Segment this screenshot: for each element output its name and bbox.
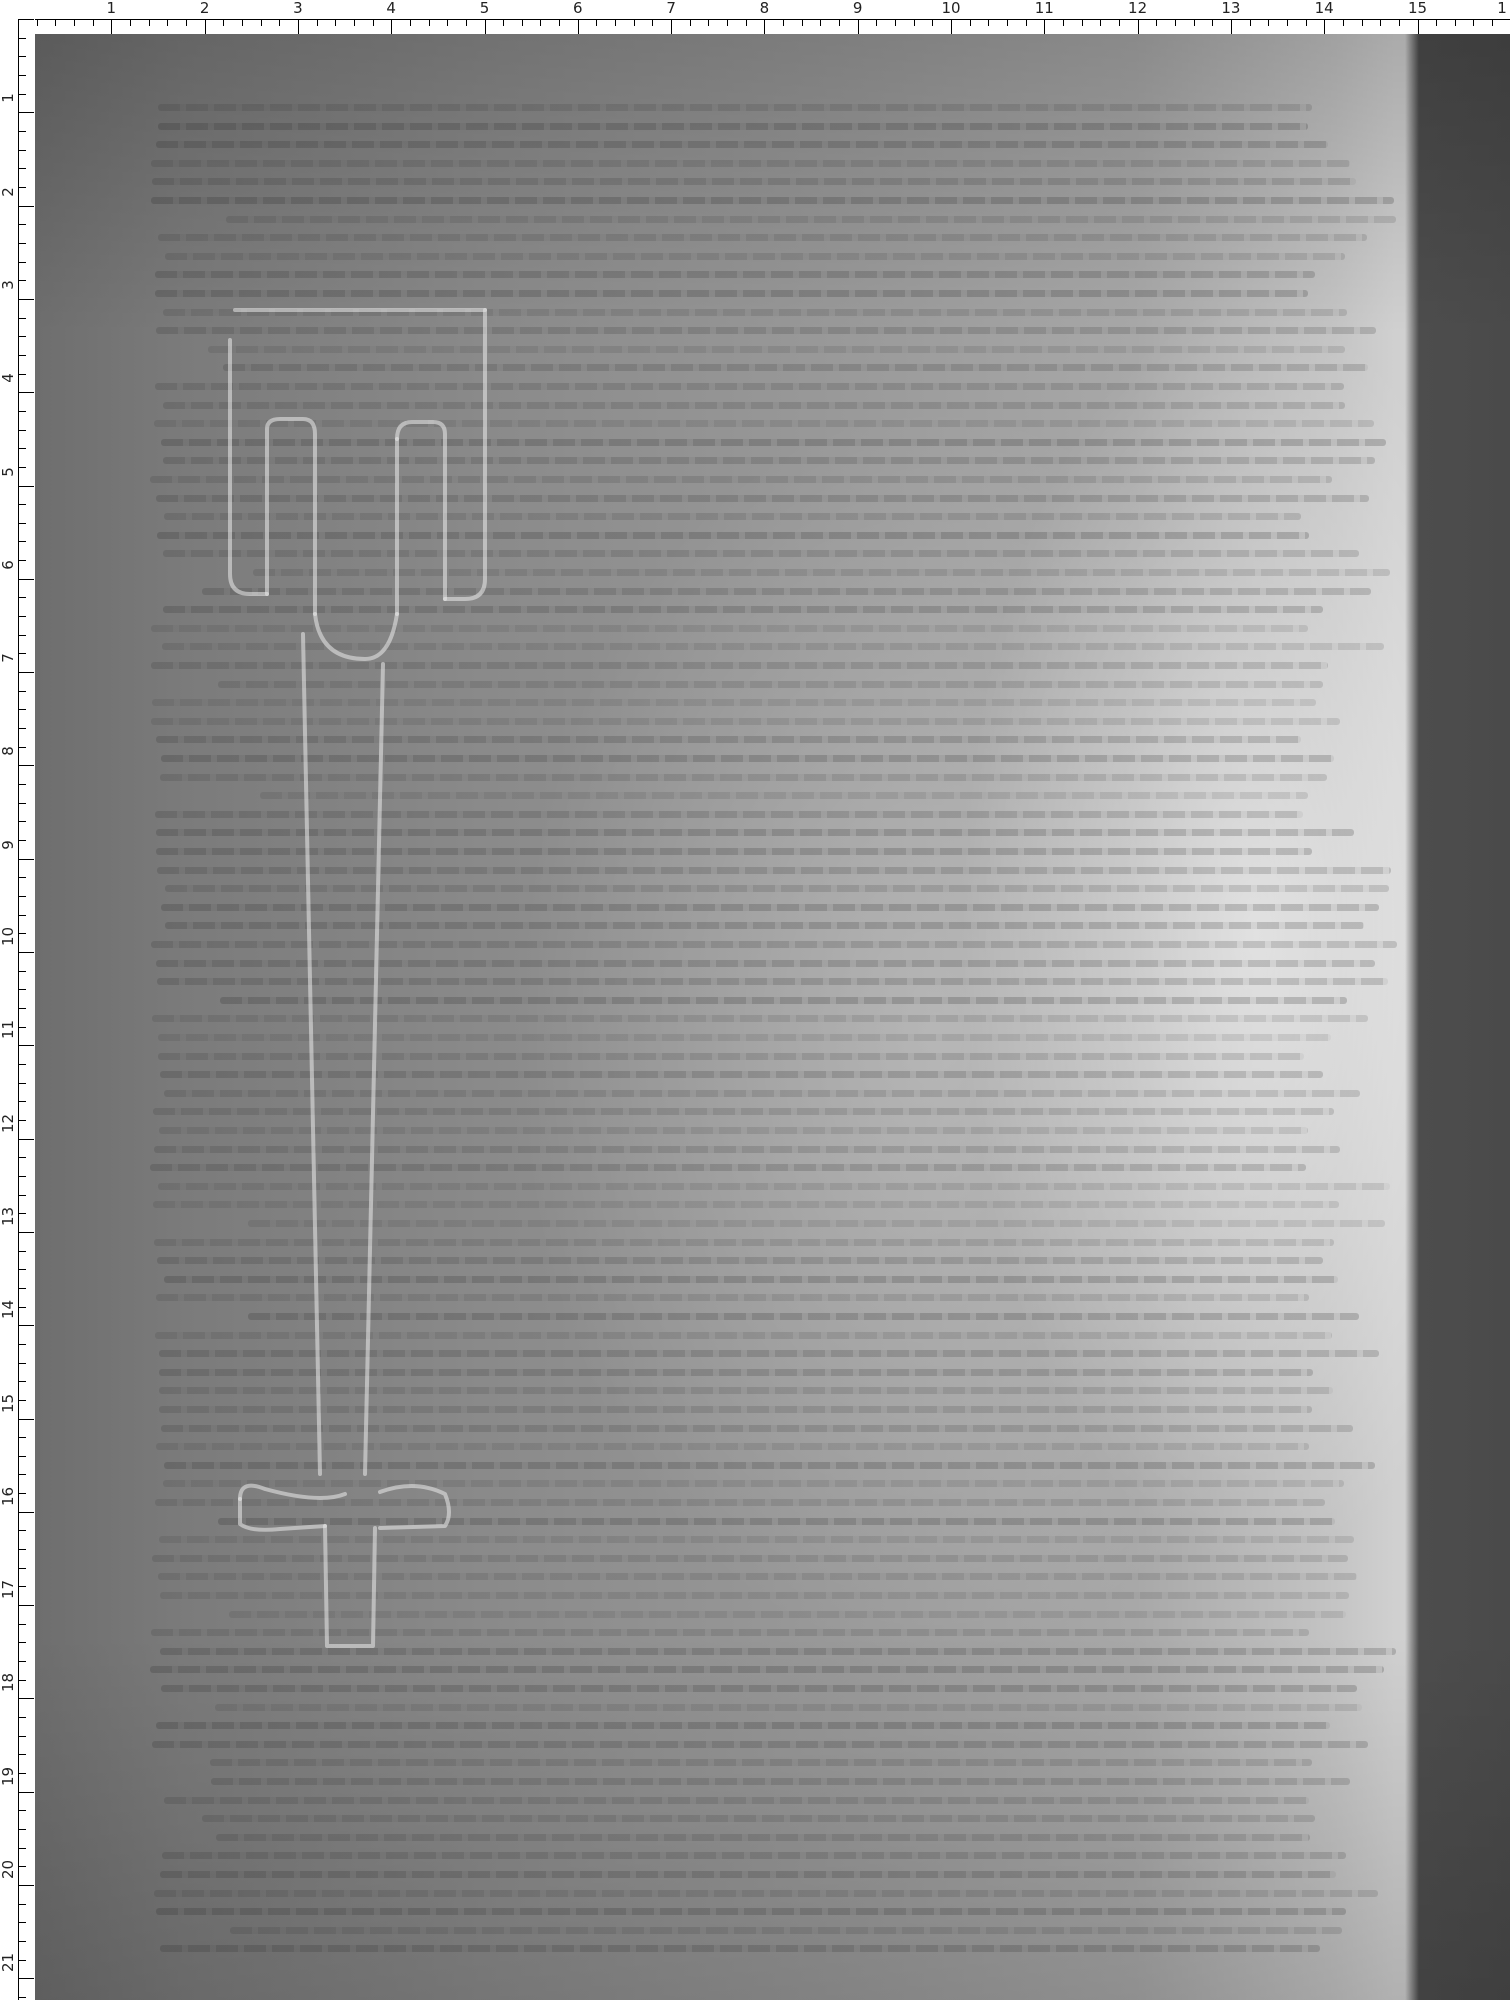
ruler-tick xyxy=(858,19,859,34)
ruler-tick xyxy=(18,672,34,673)
ruler-tick xyxy=(205,19,206,34)
ruler-tick xyxy=(18,840,26,841)
ruler-tick xyxy=(93,19,94,26)
ruler-tick xyxy=(18,1157,26,1158)
ruler-tick xyxy=(18,1419,34,1420)
ruler-tick xyxy=(18,597,26,598)
ruler-tick xyxy=(18,1773,26,1774)
ruler-tick xyxy=(690,19,691,26)
ruler-tick xyxy=(1306,19,1307,26)
ruler-tick xyxy=(18,1512,34,1513)
ruler-tick xyxy=(634,19,635,26)
ruler-label: 15 xyxy=(1408,0,1427,16)
ruler-tick xyxy=(652,19,653,26)
ruler-tick xyxy=(18,448,26,449)
ruler-tick xyxy=(18,635,26,636)
ruler-tick xyxy=(223,19,224,26)
ruler-tick xyxy=(111,19,112,34)
ruler-tick xyxy=(18,262,26,263)
ruler-label: 9 xyxy=(0,837,16,853)
ruler-tick xyxy=(559,19,560,26)
ruler-tick xyxy=(391,19,392,34)
ruler-tick xyxy=(18,1754,26,1755)
ruler-tick xyxy=(1007,19,1008,26)
ruler-tick xyxy=(18,1008,26,1009)
ruler-tick xyxy=(37,19,38,26)
ruler-tick xyxy=(18,243,26,244)
ruler-tick xyxy=(727,19,728,26)
ruler-tick xyxy=(18,1530,26,1531)
ruler-tick xyxy=(18,1083,26,1084)
ruler-label: 4 xyxy=(386,0,396,16)
ruler-tick xyxy=(18,1624,26,1625)
ruler-tick xyxy=(1250,19,1251,26)
ruler-tick xyxy=(18,1269,26,1270)
ruler-tick xyxy=(988,19,989,26)
ruler-tick xyxy=(18,19,34,20)
ruler-tick xyxy=(18,653,26,654)
ruler-tick xyxy=(18,1642,26,1643)
ruler-tick xyxy=(18,1549,26,1550)
horizontal-ruler: 01234567891011121314151 xyxy=(0,0,1510,34)
ruler-tick xyxy=(615,19,616,26)
ruler-label: 3 xyxy=(293,0,303,16)
ruler-tick xyxy=(18,560,26,561)
ruler-tick xyxy=(18,971,26,972)
ruler-tick xyxy=(1436,19,1437,26)
ruler-tick xyxy=(18,1960,26,1961)
ruler-tick xyxy=(1380,19,1381,26)
ruler-tick xyxy=(18,1064,26,1065)
ruler-tick xyxy=(18,1381,26,1382)
ruler-tick xyxy=(18,933,26,934)
ruler-tick xyxy=(18,150,26,151)
ruler-tick xyxy=(18,75,26,76)
ruler-tick xyxy=(18,1363,26,1364)
ruler-tick xyxy=(298,19,299,34)
ruler-tick xyxy=(1418,19,1419,34)
ruler-tick xyxy=(18,1213,26,1214)
ruler-label: 14 xyxy=(0,1303,16,1319)
ruler-tick xyxy=(18,94,26,95)
ruler-tick xyxy=(18,280,26,281)
ruler-tick xyxy=(1156,19,1157,26)
ruler-tick xyxy=(746,19,747,26)
ruler-tick xyxy=(18,1792,34,1793)
ruler-tick xyxy=(18,1661,26,1662)
ruler-tick xyxy=(1212,19,1213,26)
ruler-tick xyxy=(783,19,784,26)
ruler-label: 18 xyxy=(0,1676,16,1692)
ruler-tick xyxy=(18,392,34,393)
ruler-label: 21 xyxy=(0,1956,16,1972)
ruler-tick xyxy=(1044,19,1045,34)
ruler-tick xyxy=(18,1474,26,1475)
ruler-tick xyxy=(1268,19,1269,26)
ruler-tick xyxy=(18,56,26,57)
ruler-tick xyxy=(914,19,915,26)
ruler-tick xyxy=(18,1045,34,1046)
ruler-label: 2 xyxy=(200,0,210,16)
ruler-tick xyxy=(18,374,26,375)
ruler-tick xyxy=(186,19,187,26)
ruler-tick xyxy=(18,1736,26,1737)
ruler-tick xyxy=(18,1437,26,1438)
ruler-tick xyxy=(18,1288,26,1289)
ruler-tick xyxy=(18,168,26,169)
ruler-tick xyxy=(18,467,26,468)
ruler-tick xyxy=(18,504,26,505)
ruler-label: 13 xyxy=(0,1210,16,1226)
ruler-tick xyxy=(18,1251,26,1252)
ruler-label: 12 xyxy=(1128,0,1147,16)
ruler-tick xyxy=(485,19,486,34)
ruler-tick xyxy=(540,19,541,26)
ruler-tick xyxy=(18,1680,26,1681)
ruler-tick xyxy=(18,1586,26,1587)
ruler-left-baseline xyxy=(18,19,19,2000)
ruler-tick xyxy=(335,19,336,26)
ruler-tick xyxy=(18,1456,26,1457)
backing-shadow-band xyxy=(1405,34,1510,2000)
ruler-tick xyxy=(354,19,355,26)
ruler-tick xyxy=(18,1848,26,1849)
ruler-label: 5 xyxy=(480,0,490,16)
ruler-tick xyxy=(18,187,26,188)
ruler-tick xyxy=(1287,19,1288,26)
ruler-tick xyxy=(18,1810,26,1811)
ruler-tick xyxy=(1473,19,1474,26)
ruler-tick xyxy=(18,1344,26,1345)
ruler-tick xyxy=(18,299,34,300)
ruler-label: 6 xyxy=(0,557,16,573)
ruler-tick xyxy=(596,19,597,26)
ruler-label: 20 xyxy=(0,1863,16,1879)
ruler-tick xyxy=(764,19,765,34)
ruler-tick xyxy=(18,821,26,822)
ruler-tick xyxy=(18,709,26,710)
ruler-label: 8 xyxy=(760,0,770,16)
ruler-tick xyxy=(429,19,430,26)
ruler-tick xyxy=(18,784,26,785)
ruler-tick xyxy=(18,1997,26,1998)
ruler-tick xyxy=(18,1307,26,1308)
ruler-label: 1 xyxy=(1497,0,1507,16)
ruler-tick xyxy=(18,747,26,748)
ruler-tick xyxy=(18,1493,26,1494)
ruler-tick xyxy=(18,691,26,692)
ruler-tick xyxy=(18,1922,26,1923)
ruler-tick xyxy=(317,19,318,26)
ruler-tick xyxy=(242,19,243,26)
ruler-label: 12 xyxy=(0,1117,16,1133)
ruler-tick xyxy=(1138,19,1139,34)
ruler-label: 5 xyxy=(0,464,16,480)
ruler-label: 1 xyxy=(0,90,16,106)
ruler-tick xyxy=(876,19,877,26)
ruler-tick xyxy=(503,19,504,26)
ruler-tick xyxy=(18,336,26,337)
ruler-tick xyxy=(18,1027,26,1028)
ruler-tick xyxy=(149,19,150,26)
ruler-tick xyxy=(18,803,26,804)
ruler-tick xyxy=(18,859,34,860)
ruler-tick xyxy=(1026,19,1027,26)
ruler-label: 16 xyxy=(0,1490,16,1506)
ruler-tick xyxy=(18,1941,26,1942)
ruler-tick xyxy=(167,19,168,26)
ruler-tick xyxy=(466,19,467,26)
ruler-tick xyxy=(18,486,34,487)
document-scan xyxy=(35,34,1510,2000)
ruler-label: 14 xyxy=(1315,0,1334,16)
ruler-tick xyxy=(410,19,411,26)
ruler-tick xyxy=(839,19,840,26)
ruler-label: 1 xyxy=(107,0,117,16)
ruler-tick xyxy=(578,19,579,34)
ruler-tick xyxy=(1175,19,1176,26)
ruler-tick xyxy=(373,19,374,26)
ruler-tick xyxy=(1194,19,1195,26)
ruler-tick xyxy=(18,952,34,953)
ruler-tick xyxy=(18,989,26,990)
ruler-tick xyxy=(18,579,34,580)
ruler-tick xyxy=(18,1120,26,1121)
trident-watermark-icon xyxy=(35,34,1510,2000)
ruler-tick xyxy=(820,19,821,26)
ruler-tick xyxy=(18,411,26,412)
ruler-tick xyxy=(18,1101,26,1102)
ruler-tick xyxy=(18,1904,26,1905)
ruler-tick xyxy=(18,1698,34,1699)
ruler-label: 8 xyxy=(0,743,16,759)
ruler-tick xyxy=(18,131,26,132)
ruler-label: 7 xyxy=(666,0,676,16)
ruler-label: 7 xyxy=(0,650,16,666)
ruler-tick xyxy=(18,1568,26,1569)
ruler-label: 3 xyxy=(0,277,16,293)
ruler-tick xyxy=(447,19,448,26)
ruler-tick xyxy=(1119,19,1120,26)
ruler-tick xyxy=(18,1605,34,1606)
ruler-tick xyxy=(18,1829,26,1830)
ruler-tick xyxy=(18,616,26,617)
ruler-label: 6 xyxy=(573,0,583,16)
ruler-tick xyxy=(279,19,280,26)
ruler-label: 15 xyxy=(0,1397,16,1413)
ruler-tick xyxy=(18,915,26,916)
ruler-label: 10 xyxy=(0,930,16,946)
ruler-tick xyxy=(951,19,952,34)
ruler-tick xyxy=(18,355,26,356)
ruler-label: 9 xyxy=(853,0,863,16)
ruler-label: 10 xyxy=(941,0,960,16)
ruler-tick xyxy=(18,728,26,729)
ruler-label: 2 xyxy=(0,184,16,200)
ruler-tick xyxy=(1231,19,1232,34)
ruler-tick xyxy=(802,19,803,26)
ruler-tick xyxy=(18,1978,34,1979)
ruler-tick xyxy=(55,19,56,26)
ruler-tick xyxy=(895,19,896,26)
ruler-label: 13 xyxy=(1221,0,1240,16)
ruler-tick xyxy=(18,765,34,766)
vertical-ruler: 123456789101112131415161718192021 xyxy=(0,0,35,2000)
ruler-tick xyxy=(261,19,262,26)
ruler-tick xyxy=(18,1885,34,1886)
ruler-tick xyxy=(18,1232,34,1233)
ruler-tick xyxy=(18,541,26,542)
ruler-tick xyxy=(1455,19,1456,26)
ruler-label: 11 xyxy=(1035,0,1054,16)
ruler-label: 11 xyxy=(0,1023,16,1039)
ruler-label: 19 xyxy=(0,1770,16,1786)
ruler-tick xyxy=(1399,19,1400,26)
ruler-tick xyxy=(18,112,34,113)
ruler-tick xyxy=(1100,19,1101,26)
ruler-tick xyxy=(18,1717,26,1718)
ruler-tick xyxy=(1063,19,1064,26)
ruler-tick xyxy=(18,896,26,897)
ruler-tick xyxy=(18,38,26,39)
ruler-tick xyxy=(1082,19,1083,26)
ruler-tick xyxy=(18,1866,26,1867)
ruler-tick xyxy=(708,19,709,26)
ruler-tick xyxy=(18,523,26,524)
ruler-tick xyxy=(18,318,26,319)
ruler-tick xyxy=(18,1176,26,1177)
ruler-tick xyxy=(130,19,131,26)
ruler-tick xyxy=(522,19,523,26)
ruler-tick xyxy=(1492,19,1493,26)
ruler-tick xyxy=(18,206,34,207)
ruler-tick xyxy=(932,19,933,26)
ruler-tick xyxy=(18,877,26,878)
ruler-tick xyxy=(18,224,26,225)
ruler-tick xyxy=(18,1139,34,1140)
ruler-tick xyxy=(18,430,26,431)
ruler-tick xyxy=(18,1325,34,1326)
ruler-label: 4 xyxy=(0,370,16,386)
ruler-tick xyxy=(671,19,672,34)
ruler-tick xyxy=(1324,19,1325,34)
ruler-tick xyxy=(18,1400,26,1401)
ruler-tick xyxy=(1343,19,1344,26)
ruler-tick xyxy=(1362,19,1363,26)
ruler-tick xyxy=(74,19,75,26)
ruler-label: 17 xyxy=(0,1583,16,1599)
ruler-tick xyxy=(970,19,971,26)
ruler-tick xyxy=(18,1195,26,1196)
